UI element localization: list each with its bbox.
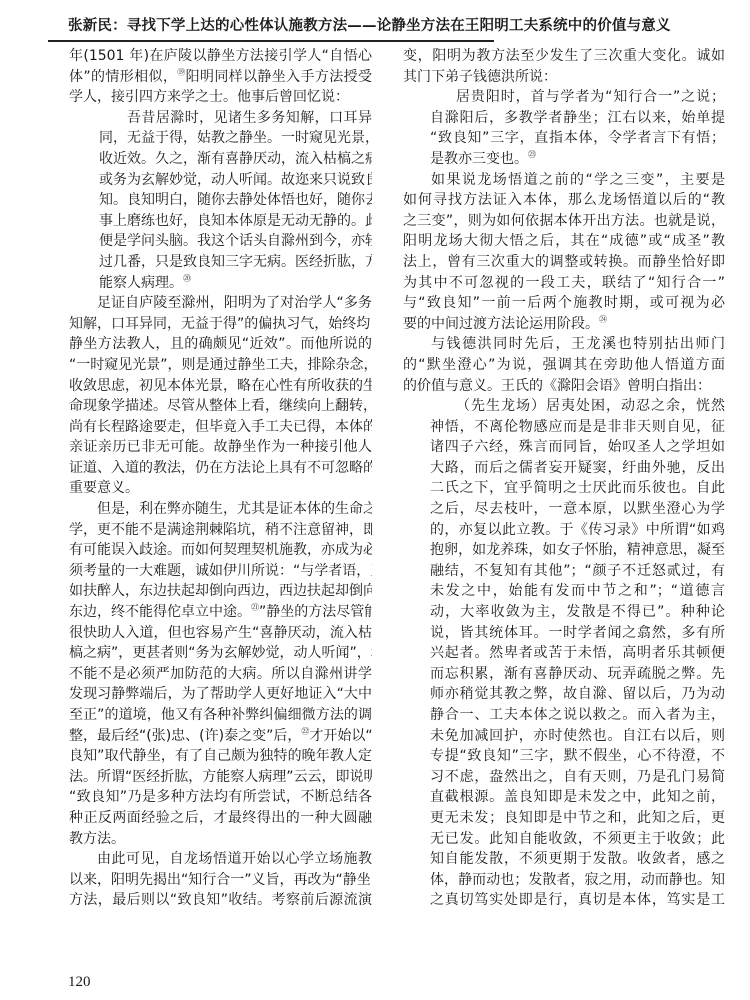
text-line: 方法，最后则以“致良知”收结。考察前后源流演 [69,890,372,911]
footnote-marker: ⑳ [183,274,191,283]
text-line: 体”的情形相似，⑲阳明同样以静坐入手方法授受 [69,67,372,88]
quote-line: 未免加减回护，亦时使然也。自江右以后，则 [403,726,725,747]
footnote-marker: ⑲ [177,68,185,77]
text-line: 收敛思虑，初见本体光景，略在心性有所收获的生 [69,376,372,397]
quote-line: “致良知”三字，直指本体，令学者言下有悟； [403,128,725,149]
text-line: 如扶醉人，东边扶起却倒向西边，西边扶起却倒向 [69,581,372,602]
quote-line: 说，皆其统体耳。一时学者闻之翕然，多有所 [403,623,725,644]
quote-line: 知自能发散，不须更期于发散。收敛者，感之 [403,849,725,870]
text-line: 要的中间过渡方法论运用阶段。㉔ [403,314,725,335]
quote-line: 的，亦复以此立教。于《传习录》中所谓“如鸡 [403,520,725,541]
quote-line: 融结，不复知有其他”；“颜子不迁怒贰过，有 [403,561,725,582]
text-line: 阳明龙场大彻大悟之后，其在“成德”或“成圣”教 [403,231,725,252]
footnote-marker: ㉑ [251,603,259,612]
page-number: 120 [68,974,91,991]
text-line: 与“致良知”一前一后两个施教时期，或可视为必 [403,293,725,314]
quote-line: 二氏之下，宜乎简明之士厌此而乐彼也。自此 [403,478,725,499]
text-line: 槁之病”，更甚者则“务为玄解妙觉，动人听闻”，均 [69,643,372,664]
footnote-marker: ㉔ [599,315,607,324]
quote-line: 之后，尽去枝叶，一意本原，以默坐澄心为学 [403,499,725,520]
text-line: 变，阳明为教方法至少发生了三次重大变化。诚如 [403,46,725,67]
text-line: 种正反两面经验之后，才最终得出的一种大圆融 [69,808,372,829]
left-text-column: 年(1501 年)在庐陵以静坐方法接引学人“自悟心体”的情形相似，⑲阳明同样以静… [69,46,372,911]
quote-line: 抱卵，如龙养珠，如女子怀胎，精神意思，凝至 [403,540,725,561]
quote-line: 收近效。久之，渐有喜静厌动，流入枯槁之病。 [69,149,372,170]
quote-line: 知。良知明白，随你去静处体悟也好，随你去 [69,190,372,211]
text-line: 重要意义。 [69,478,372,499]
quote-line: 师亦稍觉其教之弊，故自滁、留以后，乃为动 [403,684,725,705]
quote-line: 未发之中，始能有发而中节之和”；“道德言 [403,581,725,602]
quote-line: 诸四子六经，殊言而同旨，始叹圣人之学坦如 [403,437,725,458]
text-line: 其门下弟子钱德洪所说： [403,67,725,88]
text-line: 证道、入道的教法，仍在方法论上具有不可忽略的 [69,458,372,479]
text-line: 东边，终不能得佗卓立中途。㉑”静坐的方法尽管能 [69,602,372,623]
text-line: 的“默坐澄心”为说，强调其在旁助他人悟道方面 [403,355,725,376]
footnote-marker: ㉓ [528,150,536,159]
quote-line: 兴起者。然卑者或苦于未悟，高明者乐其顿便 [403,643,725,664]
text-line: “致良知”乃是多种方法均有所尝试，不断总结各 [69,787,372,808]
quote-line: 静合一、工夫本体之说以救之。而入者为主， [403,705,725,726]
text-line: 法。所谓“医经折肱，方能察人病理”云云，即说明 [69,767,372,788]
header-rule [48,40,494,42]
text-line: 与钱德洪同时先后，王龙溪也特别拈出师门 [403,334,725,355]
quote-line: 直截根源。盖良知即是未发之中，此知之前， [403,787,725,808]
quote-line: 之真切笃实处即是行，真切是本体，笃实是工 [403,890,725,911]
text-line: 整，最后经“(张)忠、(许)泰之变”后，㉒才开始以“致 [69,726,372,747]
text-line: 学，更不能不是满途荆棘陷坑，稍不注意留神，即 [69,520,372,541]
text-line: 但是，利在弊亦随生，尤其是证本体的生命之 [69,499,372,520]
quote-line: 神悟，不离伦物感应而是是非非天则自见，征 [403,417,725,438]
quote-line: 自滁阳后，多教学者静坐；江右以来，始单提 [403,108,725,129]
text-line: 良知”取代静坐，有了自己颇为独特的晚年教人定 [69,746,372,767]
quote-line: 专提“致良知”三字，默不假坐，心不待澄，不 [403,746,725,767]
text-line: 法上，曾有三次重大的调整或转换。而静坐恰好即 [403,252,725,273]
text-line: 尚有长程路途要走，但毕竟入手工夫已得，本体的 [69,417,372,438]
text-line: 亲证亲历已非无可能。故静坐作为一种接引他人 [69,437,372,458]
text-line: 学人，接引四方来学之士。他事后曾回忆说： [69,87,372,108]
text-line: 有可能误入歧途。而如何契理契机施教，亦成为必 [69,540,372,561]
text-line: 很快助人入道，但也容易产生“喜静厌动，流入枯 [69,623,372,644]
text-line: 至正”的道境，他又有各种补弊纠偏细微方法的调 [69,705,372,726]
quote-line: 习不虑，盎然出之，自有天则，乃是孔门易简 [403,767,725,788]
text-line: 足证自庐陵至滁州，阳明为了对治学人“多务 [69,293,372,314]
text-line: 发现习静弊端后，为了帮助学人更好地证入“大中 [69,684,372,705]
quote-line: 同，无益于得，姑教之静坐。一时窥见光景，颇 [69,128,372,149]
text-line: 为其中不可忽视的一段工夫，联结了“知行合一” [403,273,725,294]
quote-line: 便是学问头脑。我这个话头自滁州到今，亦较 [69,231,372,252]
right-text-column: 变，阳明为教方法至少发生了三次重大变化。诚如其门下弟子钱德洪所说：居贵阳时，首与… [403,46,725,911]
text-line: 以来，阳明先揭出“知行合一”义旨，再改为“静坐” [69,870,372,891]
quote-line: 无已发。此知自能收敛，不须更主于收敛；此 [403,829,725,850]
text-line: 不能不是必须严加防范的大病。所以自滁州讲学 [69,664,372,685]
text-line: 由此可见，自龙场悟道开始以心学立场施教 [69,849,372,870]
text-line: 知解，口耳异同，无益于得”的偏执习气，始终均以 [69,314,372,335]
quote-line: 动，大率收敛为主，发散是不得已”。种种论 [403,602,725,623]
quote-line: 是教亦三变也。㉓ [403,149,725,170]
quote-line: 体，静而动也；发散者，寂之用，动而静也。知 [403,870,725,891]
text-line: 如果说龙场悟道之前的“学之三变”，主要是 [403,170,725,191]
text-line: 年(1501 年)在庐陵以静坐方法接引学人“自悟心 [69,46,372,67]
quote-line: 过几番，只是致良知三字无病。医经折肱，方 [69,252,372,273]
quote-line: （先生龙场）居夷处困，动忍之余，恍然 [403,396,725,417]
quote-line: 事上磨练也好，良知本体原是无动无静的。此 [69,211,372,232]
quote-line: 更无未发；良知即是中节之和，此知之后，更 [403,808,725,829]
quote-line: 吾昔居滁时，见诸生多务知解，口耳异 [69,108,372,129]
text-line: 的价值与意义。王氏的《滁阳会语》曾明白指出： [403,376,725,397]
text-line: 之三变”，则为如何依据本体开出方法。也就是说， [403,211,725,232]
text-line: 须考量的一大难题，诚如伊川所说：“与学者语，正 [69,561,372,582]
quote-line: 居贵阳时，首与学者为“知行合一”之说； [403,87,725,108]
quote-line: 能察人病理。⑳ [69,273,372,294]
text-line: 如何寻找方法证入本体，那么龙场悟道以后的“教 [403,190,725,211]
text-line: 教方法。 [69,829,372,850]
text-line: 静坐方法教人，且的确颇见“近效”。而他所说的 [69,334,372,355]
running-header-title: 张新民：寻找下学上达的心性体认施教方法——论静坐方法在王阳明工夫系统中的价值与意… [68,14,490,35]
quote-line: 或务为玄解妙觉，动人听闻。故迩来只说致良 [69,170,372,191]
text-line: 命现象学描述。尽管从整体上看，继续向上翻转， [69,396,372,417]
text-line: “一时窥见光景”，则是通过静坐工夫，排除杂念， [69,355,372,376]
quote-line: 而忘积累，渐有喜静厌动、玩弄疏脱之弊。先 [403,664,725,685]
quote-line: 大路，而后之儒者妄开疑窦，纡曲外驰，反出 [403,458,725,479]
